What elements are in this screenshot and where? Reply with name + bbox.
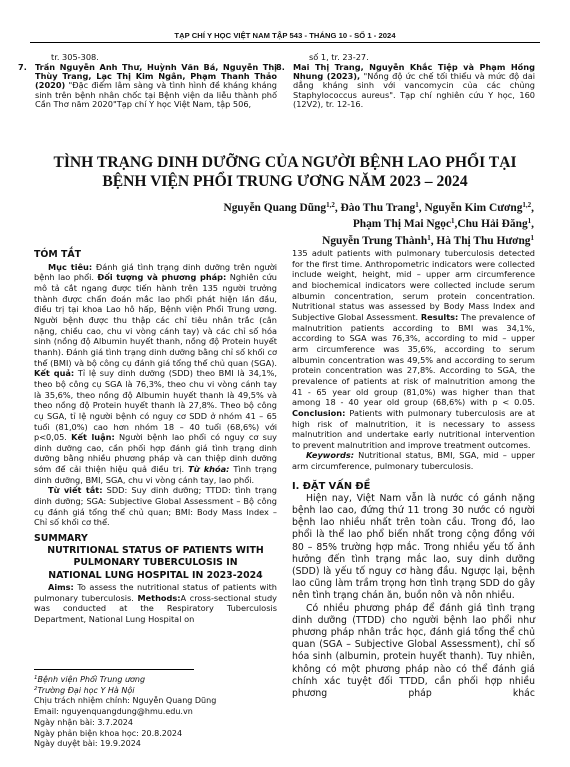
corresponding-author: Chịu trách nhiệm chính: Nguyễn Quang Dũn…	[34, 696, 279, 707]
author-name: Nguyễn Quang Dũng	[224, 202, 327, 214]
summary-heading: SUMMARY	[34, 534, 277, 545]
summary-title: NUTRITIONAL STATUS OF PATIENTS WITH PULM…	[34, 545, 277, 582]
reference-8: 8. Mai Thị Trang, Nguyễn Khắc Tiệp và Ph…	[276, 63, 535, 109]
reference-7: 7. Trần Nguyễn Anh Thư, Huỳnh Văn Bá, Ng…	[18, 63, 277, 109]
reference-text: "Đặc điểm lâm sàng và tình hình đề kháng…	[35, 80, 277, 108]
intro-paragraph-1: Hiện nay, Việt Nam vẫn là nước có gánh n…	[292, 493, 535, 603]
reference-7-tail: số 1, tr. 23-27.	[292, 53, 535, 62]
email: Email: nguyenquangdung@hmu.edu.vn	[34, 707, 279, 718]
reference-6-tail: tr. 305-308.	[34, 53, 277, 62]
header-rule	[30, 42, 540, 43]
summary-body-start: Aims: To assess the nutritional status o…	[34, 582, 277, 624]
running-header: TẠP CHÍ Y HỌC VIỆT NAM TẬP 543 - THÁNG 1…	[30, 31, 540, 40]
reference-number: 8.	[276, 63, 285, 72]
author-list: Nguyễn Quang Dũng1,2, Đào Thu Trang1, Ng…	[134, 200, 534, 249]
date-received: Ngày nhận bài: 3.7.2024	[34, 718, 279, 729]
date-reviewed: Ngày phản biện khoa học: 20.8.2024	[34, 729, 279, 740]
abstract-vi-heading: TÓM TẮT	[34, 250, 277, 261]
footnotes: 1Bệnh viện Phổi Trung ương 2Trường Đại h…	[34, 675, 279, 750]
author-name: Phạm Thị Mai Ngọc	[353, 218, 451, 230]
date-accepted: Ngày duyệt bài: 19.9.2024	[34, 739, 279, 750]
keywords-en: Keywords: Nutritional status, BMI, SGA, …	[292, 450, 535, 471]
intro-paragraph-2: Có nhiều phương pháp để đánh giá tình tr…	[292, 603, 535, 701]
author-name: Hà Thị Thu Hương	[436, 235, 530, 247]
reference-number: 7.	[18, 63, 27, 72]
summary-body-continued: 135 adult patients with pulmonary tuberc…	[292, 248, 535, 450]
footnote-rule	[34, 669, 194, 670]
author-name: Nguyễn Trung Thành	[322, 235, 427, 247]
methods-text-part2: 135 adult patients with pulmonary tuberc…	[292, 248, 535, 322]
left-column: TÓM TẮT Mục tiêu: Đánh giá tình trạng di…	[34, 250, 277, 624]
author-name: Đào Thu Trang	[341, 202, 416, 214]
author-name: Nguyễn Kim Cương	[424, 202, 522, 214]
affiliation-2: 2Trường Đại học Y Hà Nội	[34, 686, 279, 697]
abbreviations: Từ viết tắt: SDD: Suy dinh dưỡng; TTDD: …	[34, 485, 277, 528]
affiliation-1: 1Bệnh viện Phổi Trung ương	[34, 675, 279, 686]
intro-heading: I. ĐẶT VẤN ĐỀ	[292, 480, 535, 493]
abstract-vi-body: Mục tiêu: Đánh giá tình trạng dinh dưỡng…	[34, 262, 277, 486]
right-column: 135 adult patients with pulmonary tuberc…	[292, 248, 535, 700]
article-title: TÌNH TRẠNG DINH DƯỠNG CỦA NGƯỜI BỆNH LAO…	[30, 153, 540, 191]
author-name: Chu Hải Đăng	[457, 218, 527, 230]
